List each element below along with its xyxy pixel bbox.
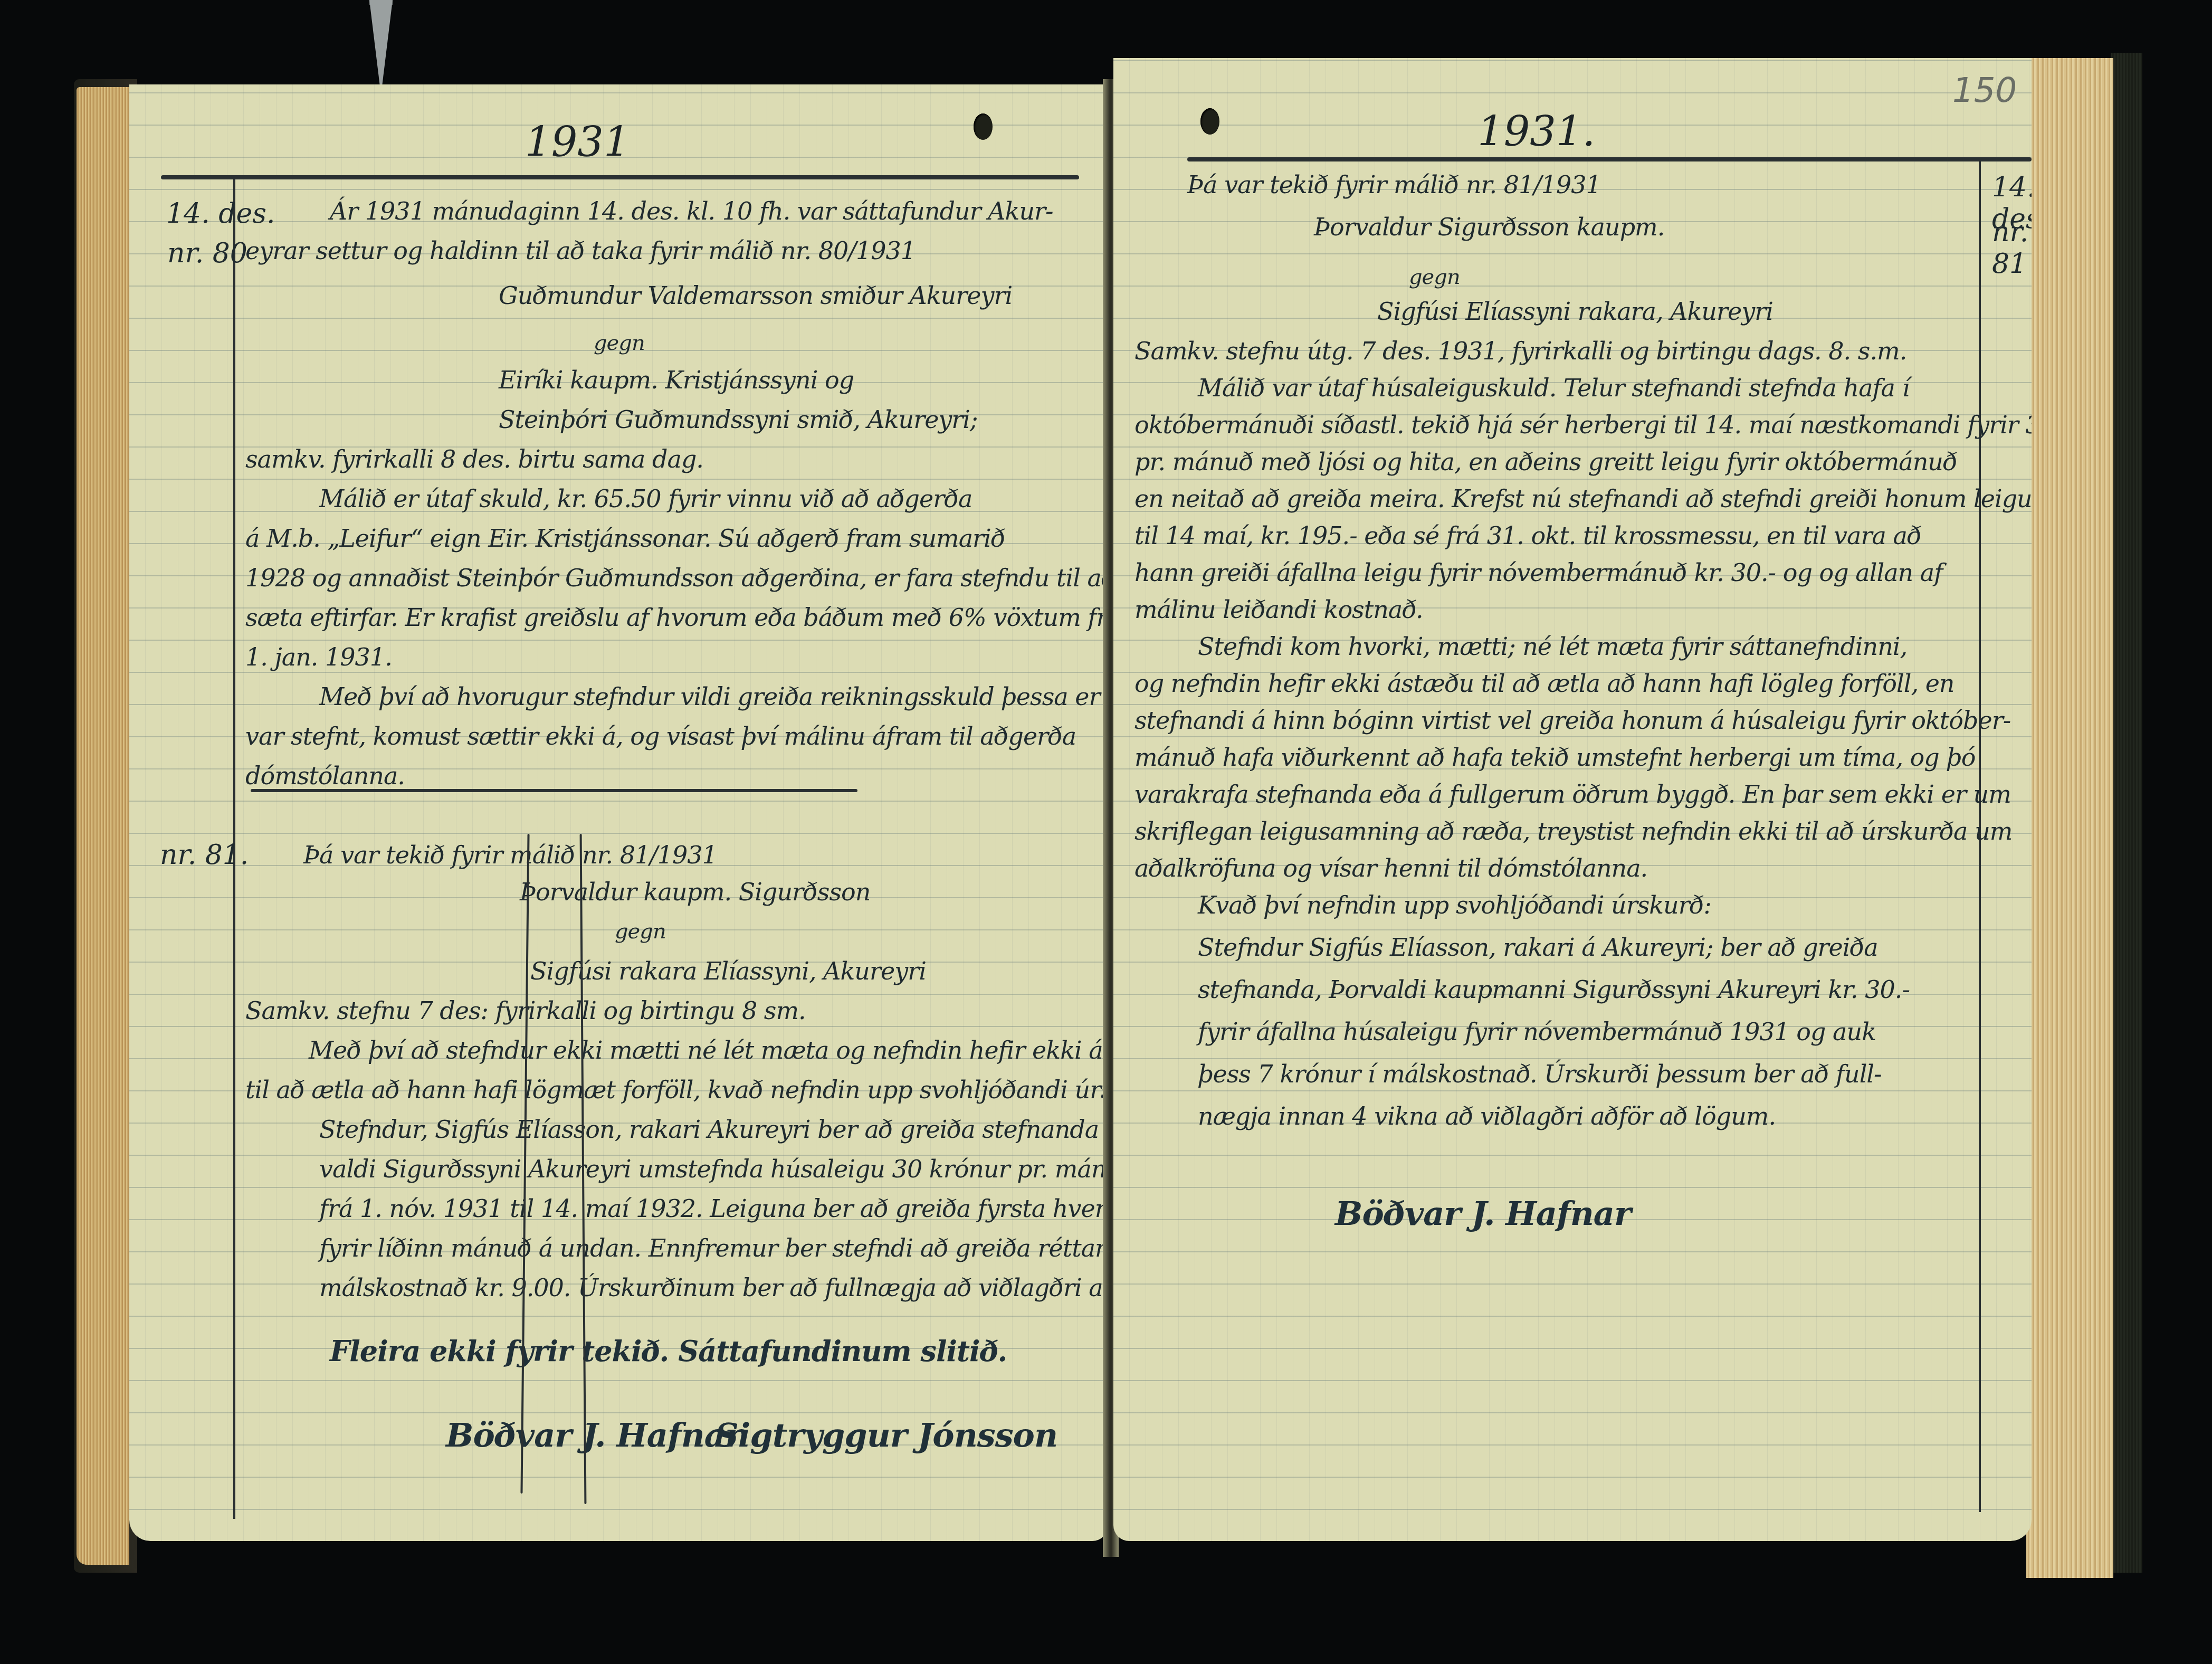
entry-81-closing: Fleira ekki fyrir tekið. Sáttafundinum s… [330, 1319, 1007, 1383]
margin-case-number: nr. 80 [167, 237, 247, 269]
signature-1: Böðvar J. Hafnar [1335, 1182, 1631, 1245]
signature-1: Böðvar J. Hafnar [446, 1404, 742, 1467]
right-page: 150 1931. 14. des. nr. 81 Þá var tekið f… [1113, 58, 2032, 1541]
header-rule [161, 175, 1079, 179]
entry-separator [251, 789, 857, 792]
entry-80-body-8: dómstólanna. [245, 744, 405, 807]
page-number: 150 [1952, 71, 2017, 110]
entry-81-plaintiff: Þorvaldur Sigurðsson kaupm. [1314, 195, 1664, 259]
page-edges-left [77, 87, 129, 1565]
right-page-year: 1931. [1477, 108, 1595, 156]
page-edges-right [2026, 58, 2113, 1578]
margin-case-number: nr. 81. [160, 839, 249, 871]
entry-80-plaintiff: Guðmundur Valdemarsson smiður Akureyri [499, 264, 1012, 327]
punch-hole [1200, 108, 1219, 135]
left-page-year: 1931 [525, 119, 630, 166]
left-page: 1931 14. des. nr. 80 Ár 1931 mánudaginn … [129, 84, 1108, 1541]
margin-case-number: nr. 81 [1992, 216, 2032, 280]
entry-81-body-7: málskostnað kr. 9.00. Úrskurðinum ber að… [319, 1256, 1108, 1319]
signature-2: Sigtryggur Jónsson [715, 1404, 1057, 1467]
page-holder-blade [369, 0, 393, 95]
punch-hole [974, 113, 993, 140]
entry-81-plaintiff: Þorvaldur kaupm. Sigurðsson [520, 860, 870, 924]
entry-81-body-20: nægja innan 4 vikna að viðlagðri aðför a… [1198, 1085, 1776, 1148]
book-cover-right [2111, 53, 2142, 1573]
